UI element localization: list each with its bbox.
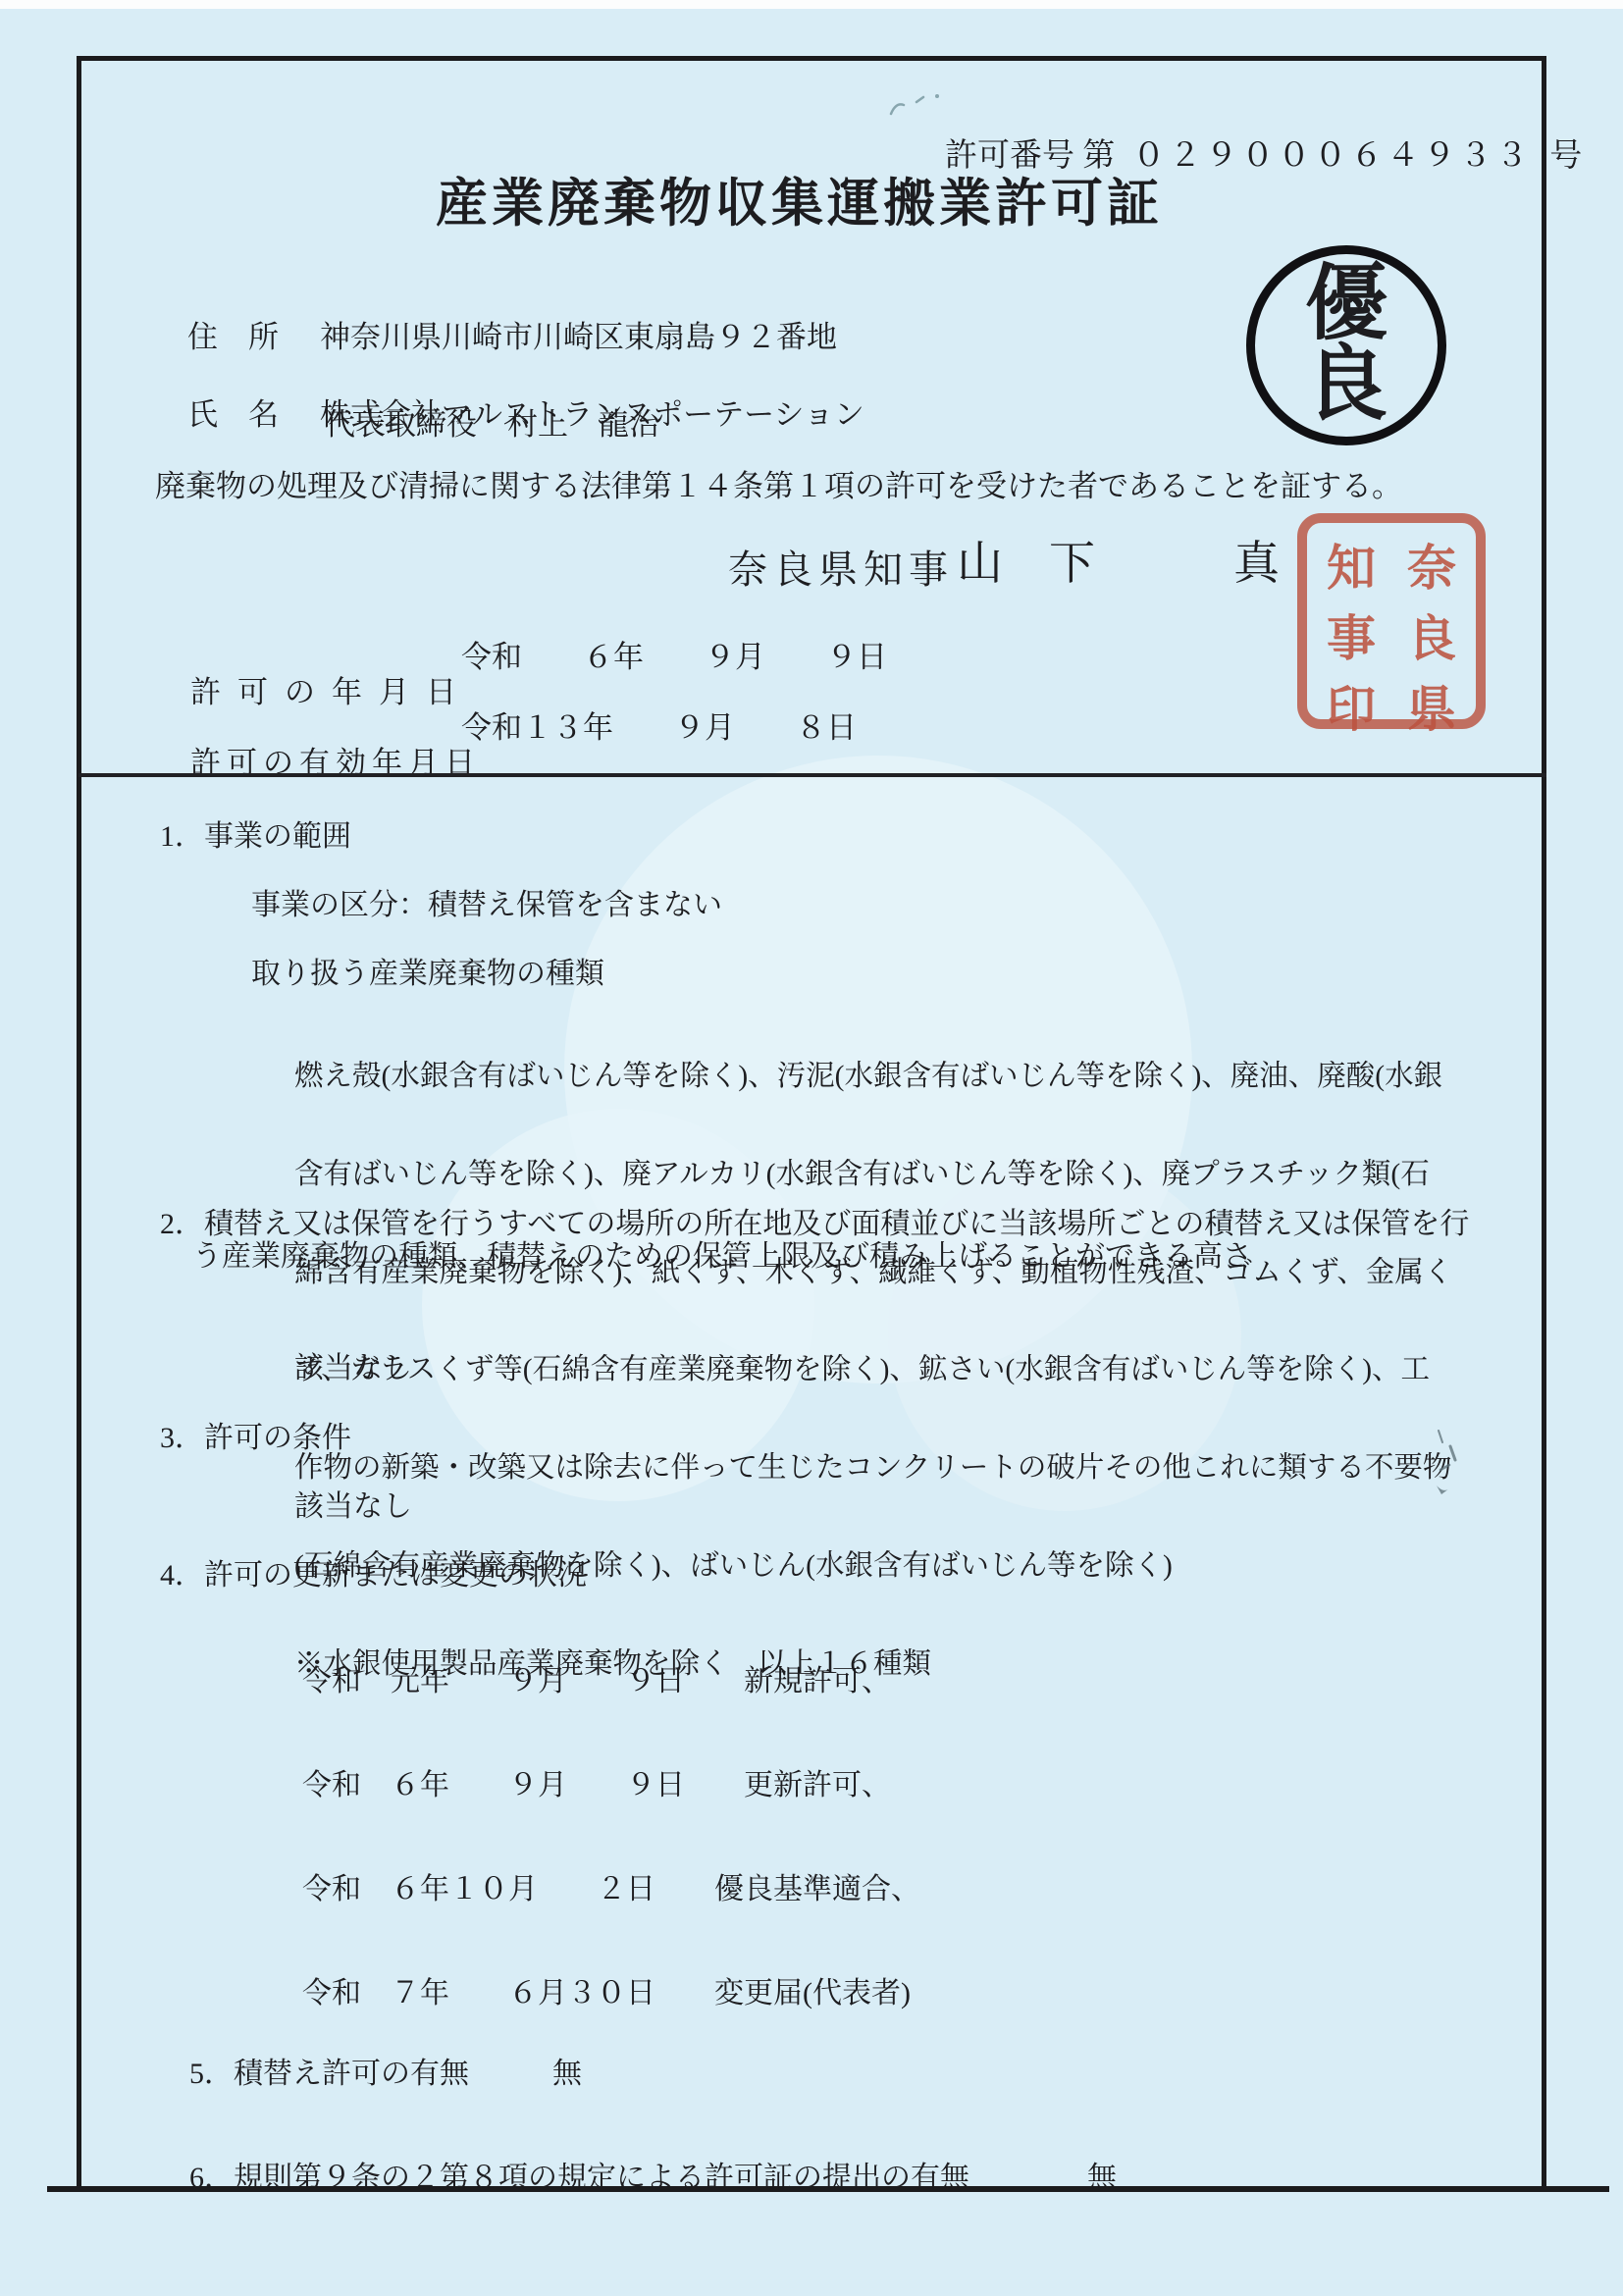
section6-row: 6．規則第９条の２第８項の規定による許可証の提出の有無無 [160, 2127, 1117, 2229]
waste-types-line: 作物の新築・改築又は除去に伴って生じたコンクリートの破片その他これに類する不要物 [294, 1452, 1452, 1484]
permit-date-label: 許可の年月日 [190, 675, 473, 709]
permit-expiry-value: 令和１３年 ９月 ８日 [461, 710, 857, 746]
permit-date-value: 令和 ６年 ９月 ９日 [461, 640, 887, 675]
section2-value: 該当なし [294, 1352, 412, 1386]
permit-number-suffix: 号 [1549, 138, 1582, 174]
excellent-certification-stamp: 優 良 [1246, 245, 1446, 445]
address-label: 住 所 [187, 320, 279, 354]
address-value: 神奈川県川崎市川崎区東扇島９２番地 [320, 320, 837, 354]
section1-heading: 1．事業の範囲 [160, 820, 351, 855]
section4-heading: 4．許可の更新または変更の状況 [160, 1559, 587, 1593]
permit-number-label: 許可番号 第 [945, 138, 1115, 174]
representative-row: 代表取締役 村上 龍治 [325, 407, 659, 443]
pen-smudge-icon [1411, 1425, 1480, 1507]
badge-char-top: 優 [1305, 265, 1387, 345]
waste-types-line: 燃え殻(水銀含有ばいじん等を除く)、汚泥(水銀含有ばいじん等を除く)、廃油、廃酸… [294, 1061, 1452, 1092]
section2-heading-line2: う産業廃棄物の種類、積替えのための保管上限及び積み上げることができる高さ [192, 1240, 1252, 1275]
permit-history-entry: 令和 元年 ９月 ９日 新規許可、 [302, 1665, 920, 1701]
permit-number-value: ０２９０００６４９３３ [1132, 138, 1532, 174]
certification-statement: 廃棄物の処理及び清掃に関する法律第１４条第１項の許可を受けた者であることを証する… [155, 469, 1402, 504]
permit-history-entry: 令和 ７年 ６月３０日 変更届(代表者) [302, 1977, 920, 2013]
governor-title: 奈良県知事 [728, 548, 954, 593]
section-divider-rule [79, 773, 1546, 777]
seal-char: 知 [1311, 529, 1391, 600]
business-category-line: 事業の区分：積替え保管を含まない [251, 889, 722, 923]
governor-red-seal: 奈 良 県 知 事 印 [1297, 513, 1486, 729]
seal-char: 印 [1311, 670, 1391, 741]
section5-value: 無 [552, 2058, 582, 2090]
name-label: 氏 名 [187, 397, 279, 432]
seal-char: 奈 [1391, 529, 1472, 600]
seal-char: 県 [1391, 670, 1472, 741]
page-title: 産業廃棄物収集運搬業許可証 [436, 175, 1163, 235]
permit-history-list: 令和 元年 ９月 ９日 新規許可、 令和 ６年 ９月 ９日 更新許可、 令和 ６… [302, 1597, 920, 2081]
badge-char-bottom: 良 [1305, 345, 1387, 426]
waste-types-line: ず、ガラスくず等(石綿含有産業廃棄物を除く)、鉱さい(水銀含有ばいじん等を除く)… [294, 1354, 1452, 1385]
pen-smudge-icon [883, 84, 966, 131]
section5-label: 5．積替え許可の有無 [189, 2058, 469, 2090]
waste-types-heading: 取り扱う産業廃棄物の種類 [251, 958, 604, 992]
section2-heading-line1: 2．積替え又は保管を行うすべての場所の所在地及び面積並びに当該場所ごとの積替え又… [160, 1208, 1469, 1242]
permit-certificate-page: 許可番号 第０２９０００６４９３３号 産業廃棄物収集運搬業許可証 住 所神奈川県… [0, 0, 1623, 2296]
section3-value: 該当なし [294, 1490, 412, 1525]
permit-history-entry: 令和 ６年１０月 ２日 優良基準適合、 [302, 1873, 920, 1909]
permit-history-entry: 令和 ６年 ９月 ９日 更新許可、 [302, 1769, 920, 1805]
governor-name: 山 下 真 [957, 538, 1280, 591]
section5-row: 5．積替え許可の有無無 [160, 2023, 582, 2125]
scan-edge [0, 0, 1623, 9]
bottom-border-rule [47, 2186, 1609, 2192]
waste-types-line: 含有ばいじん等を除く)、廃アルカリ(水銀含有ばいじん等を除く)、廃プラスチック類… [294, 1159, 1452, 1190]
section3-heading: 3．許可の条件 [160, 1422, 351, 1456]
seal-char: 事 [1311, 600, 1391, 670]
seal-char: 良 [1391, 600, 1472, 670]
